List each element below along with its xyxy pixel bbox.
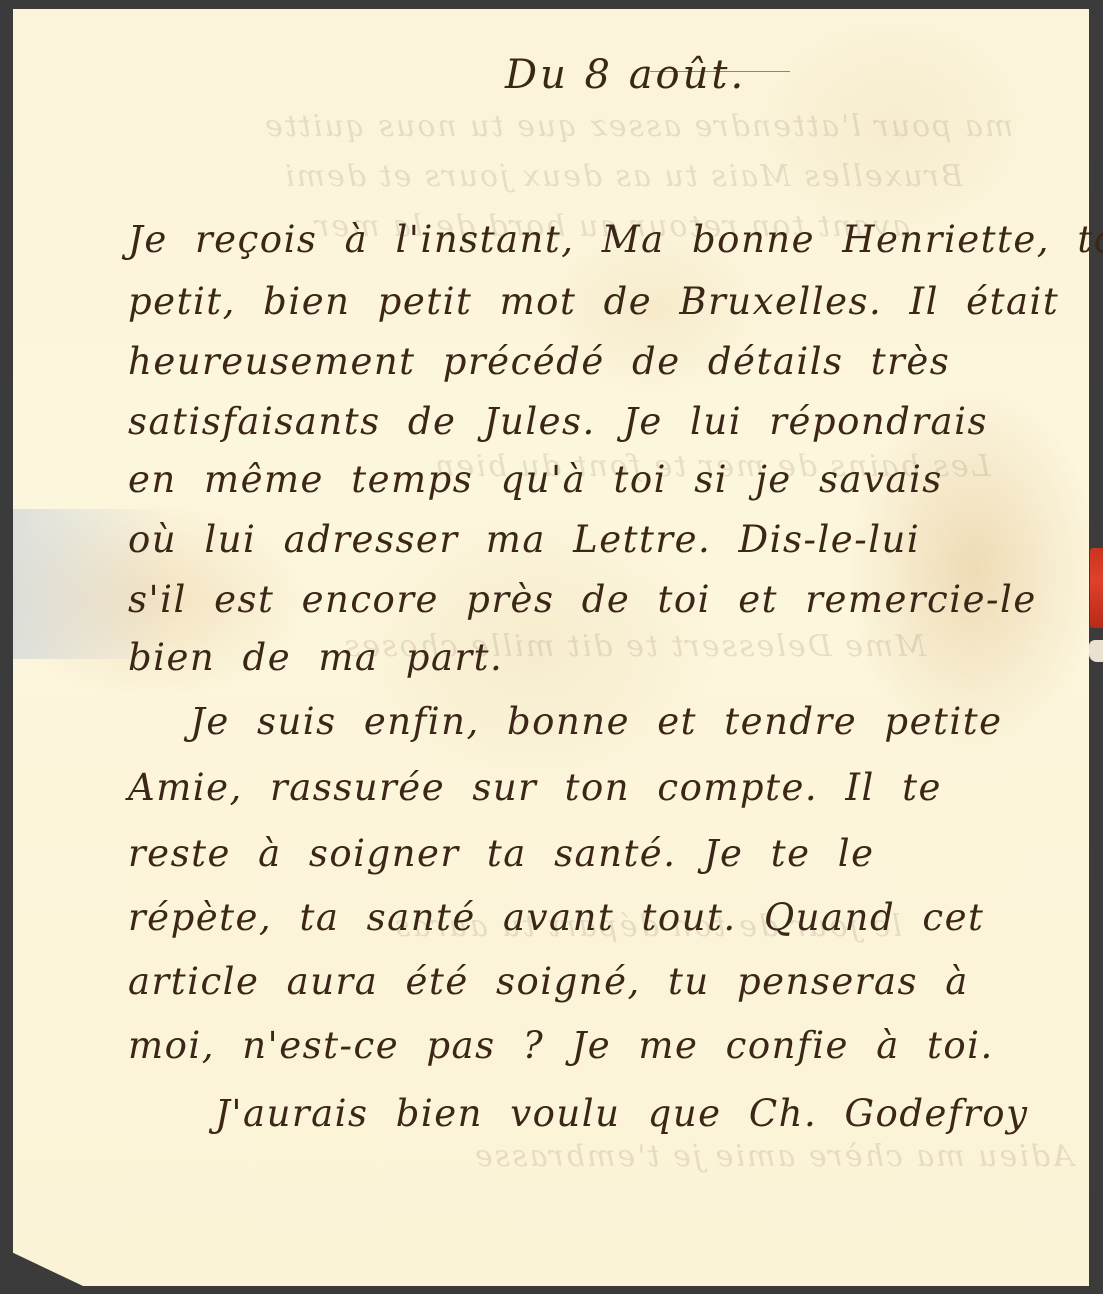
letter-line: reste à soigner ta santé. Je te le	[128, 832, 1068, 875]
letter-date-heading: Du 8 août.	[505, 52, 746, 98]
letter-line: moi, n'est-ce pas ? Je me confie à toi.	[128, 1024, 1068, 1067]
letter-line: petit, bien petit mot de Bruxelles. Il é…	[128, 280, 1068, 323]
letter-line-paragraph-start: Je suis enfin, bonne et tendre petite	[190, 700, 1103, 743]
letter-line: heureusement précédé de détails très	[128, 340, 1068, 383]
letter-line: Je reçois à l'instant, Ma bonne Henriett…	[128, 218, 1068, 261]
letter-content: Du 8 août. Je reçois à l'instant, Ma bon…	[0, 0, 1103, 1294]
letter-line-paragraph-start: J'aurais bien voulu que Ch. Godefroy	[215, 1092, 1103, 1135]
letter-line: bien de ma part.	[128, 636, 1068, 679]
letter-line: satisfaisants de Jules. Je lui répondrai…	[128, 400, 1068, 443]
letter-line: en même temps qu'à toi si je savais	[128, 458, 1068, 501]
letter-line: article aura été soigné, tu penseras à	[128, 960, 1068, 1003]
letter-line: s'il est encore près de toi et remercie-…	[128, 578, 1068, 621]
letter-line: où lui adresser ma Lettre. Dis-le-lui	[128, 518, 1068, 561]
heading-underline	[650, 71, 790, 72]
letter-line: Amie, rassurée sur ton compte. Il te	[128, 766, 1068, 809]
letter-line: répète, ta santé avant tout. Quand cet	[128, 896, 1068, 939]
